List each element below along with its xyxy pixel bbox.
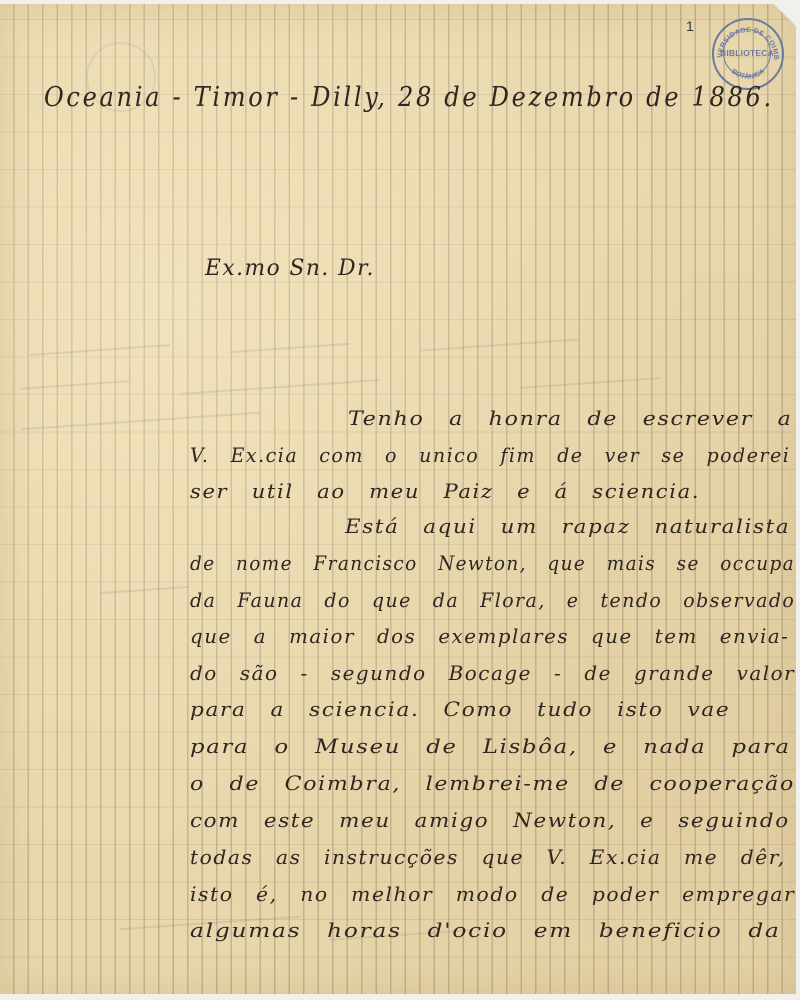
body-line: do são - segundo Bocage - de grande valo… bbox=[190, 662, 795, 685]
body-line: de nome Francisco Newton, que mais se oc… bbox=[190, 552, 795, 575]
body-line: o de Coimbra, lembrei-me de cooperação bbox=[190, 772, 795, 795]
bleedthrough-stroke bbox=[20, 412, 260, 431]
body-line: para o Museu de Lisbôa, e nada para bbox=[190, 735, 791, 758]
bleedthrough-stroke bbox=[520, 377, 660, 389]
body-line: algumas horas d'ocio em beneficio da bbox=[190, 919, 781, 942]
bleedthrough-stroke bbox=[30, 344, 170, 356]
body-line: todas as instrucções que V. Ex.cia me dê… bbox=[190, 846, 786, 869]
body-line: isto é, no melhor modo de poder empregar bbox=[190, 883, 795, 906]
bleedthrough-stroke bbox=[20, 380, 130, 390]
letter-heading: Oceania - Timor - Dilly, 28 de Dezembro … bbox=[44, 82, 774, 113]
library-stamp: UNIVERSIDADE DE COIMBRA BOTÂNICA BIBLIOT… bbox=[712, 18, 784, 90]
bleedthrough-stroke bbox=[100, 586, 190, 594]
bleedthrough-stroke bbox=[180, 379, 380, 395]
letter-page: 1 UNIVERSIDADE DE COIMBRA BOTÂNICA BIBLI… bbox=[0, 4, 796, 994]
bleedthrough-stroke bbox=[420, 338, 580, 351]
body-line: com este meu amigo Newton, e seguindo bbox=[190, 809, 790, 832]
bleedthrough-stroke bbox=[230, 343, 350, 353]
body-line: Está aqui um rapaz naturalista bbox=[345, 515, 790, 538]
body-line: Tenho a honra de escrever a bbox=[348, 407, 793, 430]
body-line: que a maior dos exemplares que tem envia… bbox=[190, 625, 789, 648]
body-line: para a sciencia. Como tudo isto vae bbox=[190, 698, 730, 721]
letter-salutation: Ex.mo Sn. Dr. bbox=[205, 256, 375, 281]
stamp-inner-ring: BIBLIOTECA bbox=[723, 29, 771, 77]
stamp-center-text: BIBLIOTECA bbox=[720, 48, 774, 58]
body-line: ser util ao meu Paiz e á sciencia. bbox=[190, 480, 700, 503]
page-number: 1 bbox=[686, 18, 694, 34]
body-line: da Fauna do que da Flora, e tendo observ… bbox=[190, 589, 795, 612]
body-line: V. Ex.cia com o unico fim de ver se pode… bbox=[190, 444, 790, 467]
